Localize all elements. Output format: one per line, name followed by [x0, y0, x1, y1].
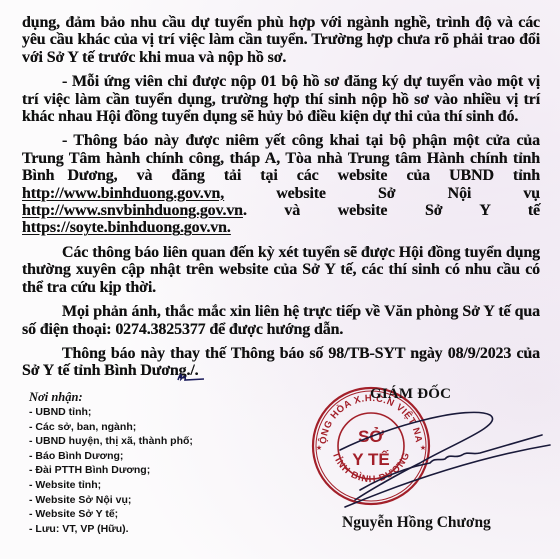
- recipient-item: - Lưu: VT, VP (Hữu).: [29, 522, 193, 537]
- text-segment: thường xuyên cập nhật trên website của S…: [22, 261, 445, 278]
- text-segment: - Mỗi ứng viên chỉ được nộp 01 bộ hồ sơ …: [62, 73, 403, 90]
- link-soyte-website[interactable]: https://soyte.binhduong.gov.vn.: [22, 219, 231, 236]
- paragraph-replacement: Thông báo này thay thế Thông báo số 98/T…: [22, 345, 540, 380]
- text-segment: và đăng tải tại các website của UBND tỉn…: [117, 167, 540, 184]
- text-segment: Hội đồng tuyển dụng: [399, 244, 540, 261]
- text-segment: - Thông báo này được niêm yết công khai …: [62, 132, 389, 149]
- text-segment: : 0274.3825377 để được hướng dẫn.: [106, 321, 343, 338]
- document-body: dụng, đảm bảo nhu cầu dự tuyển phù hợp v…: [22, 14, 540, 387]
- link-ubnd-website[interactable]: http://www.binhduong.gov.vn,: [22, 185, 224, 202]
- recipient-item: - Báo Bình Dương;: [29, 449, 193, 464]
- recipient-item: - UBND huyện, thị xã, thành phố;: [29, 434, 193, 449]
- paragraph-requirements: dụng, đảm bảo nhu cầu dự tuyển phù hợp v…: [22, 14, 540, 66]
- text-segment: trước khi mua và nộp hồ sơ.: [94, 49, 286, 66]
- link-snv-website[interactable]: http://www.snvbinhduong.gov.vn: [22, 202, 243, 219]
- recipient-item: - Website tỉnh;: [29, 478, 193, 493]
- recipient-item: - Đài PTTH Bình Dương;: [29, 463, 193, 478]
- text-segment: . và website Sở Y tế: [243, 202, 540, 219]
- recipient-item: - UBND tỉnh;: [29, 405, 193, 420]
- paragraph-publication: - Thông báo này được niêm yết công khai …: [22, 132, 540, 236]
- recipients-list: - UBND tỉnh;- Các sở, ban, ngành;- UBND …: [29, 405, 193, 536]
- text-segment: website Sở Nội vụ: [224, 185, 540, 202]
- initials-mark-icon: [176, 370, 206, 384]
- text-segment: Mọi phản ánh, thắc mắc xin liên hệ trực …: [62, 303, 384, 320]
- text-segment: tra cứu kịp thời.: [43, 279, 156, 296]
- recipient-item: - Website Sở Nội vụ;: [29, 493, 193, 508]
- recipients-block: Nơi nhận: - UBND tỉnh;- Các sở, ban, ngà…: [29, 390, 193, 536]
- text-segment: dụng, đảm bảo nhu cầu dự tuyển phù hợp v…: [22, 14, 436, 31]
- text-segment: Các thông báo liên quan đến kỳ xét tuyển…: [62, 244, 399, 261]
- paragraph-one-application: - Mỗi ứng viên chỉ được nộp 01 bộ hồ sơ …: [22, 73, 540, 125]
- handwritten-signature-icon: [300, 395, 560, 515]
- paragraph-updates: Các thông báo liên quan đến kỳ xét tuyển…: [22, 244, 540, 296]
- recipient-item: - Các sở, ban, ngành;: [29, 420, 193, 435]
- paragraph-contact: Mọi phản ánh, thắc mắc xin liên hệ trực …: [22, 303, 540, 338]
- text-segment: Thông báo này thay thế Thông báo số 98/T…: [62, 345, 410, 362]
- signer-name: Nguyễn Hồng Chương: [342, 514, 491, 532]
- recipients-title: Nơi nhận:: [29, 390, 193, 405]
- document-page: dụng, đảm bảo nhu cầu dự tuyển phù hợp v…: [0, 0, 560, 559]
- recipient-item: - Website Sở Y tế;: [29, 507, 193, 522]
